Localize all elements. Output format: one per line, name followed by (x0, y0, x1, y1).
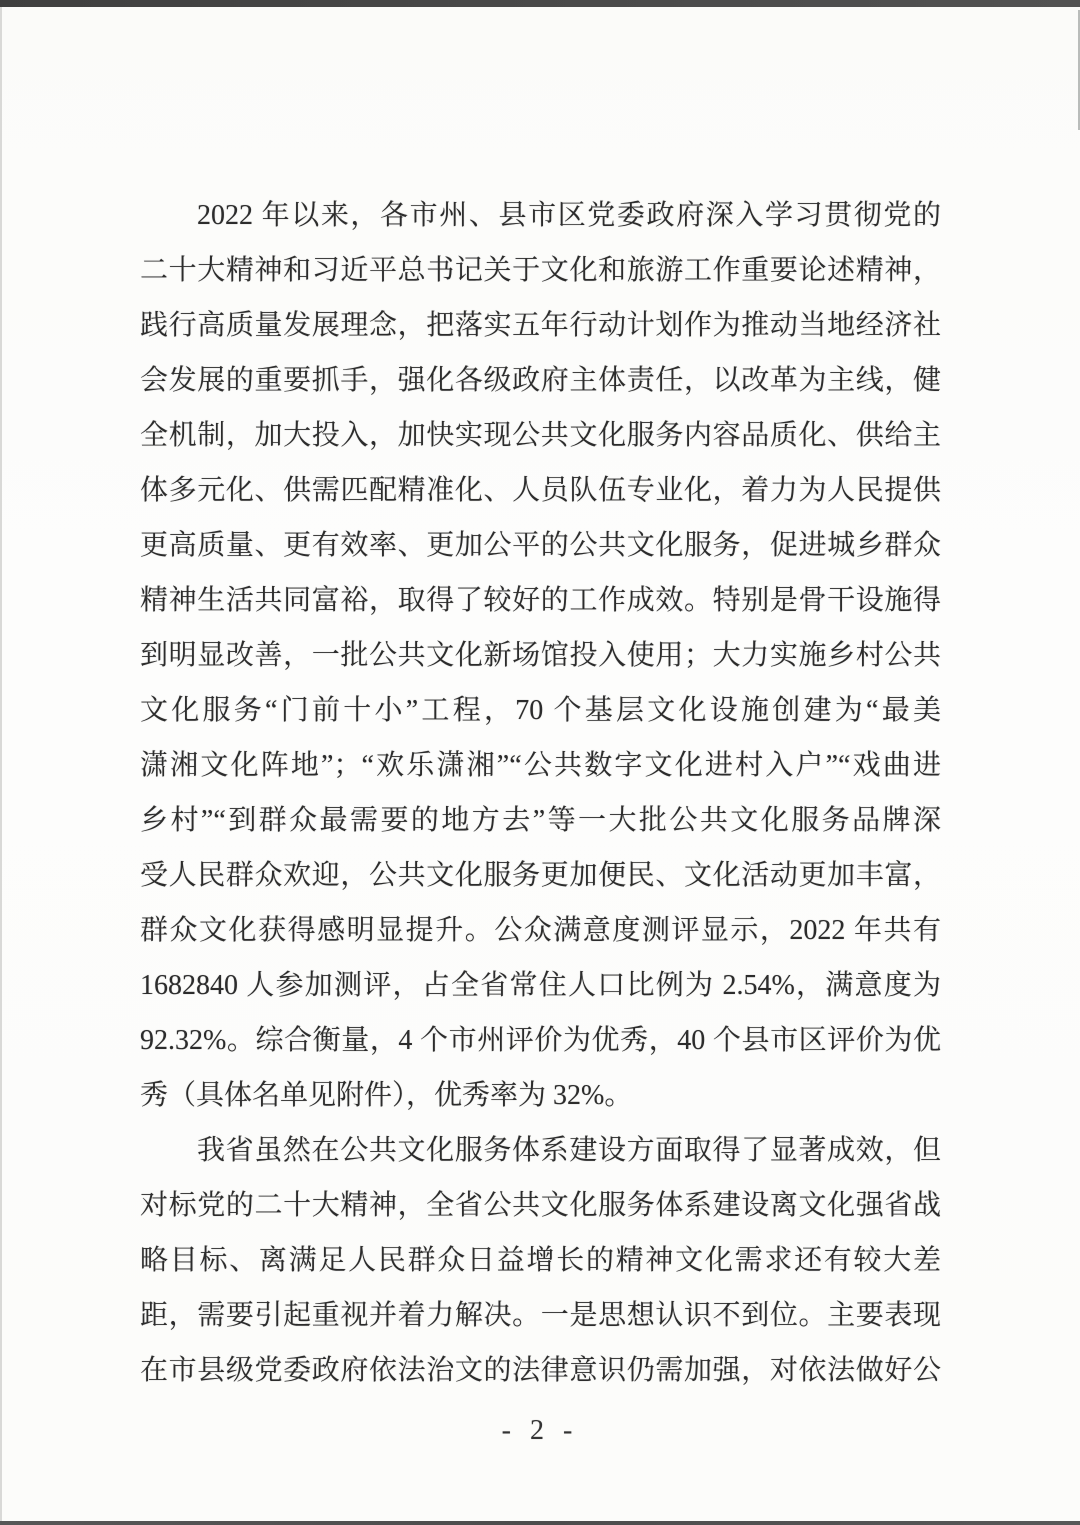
text-line: 潇湘文化阵地”；“欢乐潇湘”“公共数字文化进村入户”“戏曲进 (140, 738, 941, 793)
text-line: 精神生活共同富裕，取得了较好的工作成效。特别是骨干设施得 (140, 573, 941, 628)
text-line: 文化服务“门前十小”工程，70 个基层文化设施创建为“最美 (140, 683, 941, 738)
text-line: 我省虽然在公共文化服务体系建设方面取得了显著成效，但 (140, 1123, 941, 1178)
document-body: 2022 年以来，各市州、县市区党委政府深入学习贯彻党的 二十大精神和习近平总书… (140, 188, 941, 1398)
text-line: 群众文化获得感明显提升。公众满意度测评显示，2022 年共有 (140, 903, 941, 958)
text-line: 到明显改善，一批公共文化新场馆投入使用；大力实施乡村公共 (140, 628, 941, 683)
text-line: 略目标、离满足人民群众日益增长的精神文化需求还有较大差 (140, 1233, 941, 1288)
text-line: 2022 年以来，各市州、县市区党委政府深入学习贯彻党的 (140, 188, 941, 243)
text-line: 全机制，加大投入，加快实现公共文化服务内容品质化、供给主 (140, 408, 941, 463)
text-line: 受人民群众欢迎，公共文化服务更加便民、文化活动更加丰富， (140, 848, 941, 903)
page-number: - 2 - (502, 1408, 579, 1454)
scan-edge-bottom (0, 1521, 1080, 1525)
scan-edge-top (0, 0, 1080, 7)
text-line: 更高质量、更有效率、更加公平的公共文化服务，促进城乡群众 (140, 518, 941, 573)
text-line: 对标党的二十大精神，全省公共文化服务体系建设离文化强省战 (140, 1178, 941, 1233)
text-line: 二十大精神和习近平总书记关于文化和旅游工作重要论述精神， (140, 243, 941, 298)
text-line: 秀（具体名单见附件），优秀率为 32%。 (140, 1068, 941, 1123)
text-line: 体多元化、供需匹配精准化、人员队伍专业化，着力为人民提供 (140, 463, 941, 518)
text-line: 践行高质量发展理念，把落实五年行动计划作为推动当地经济社 (140, 298, 941, 353)
text-line: 在市县级党委政府依法治文的法律意识仍需加强，对依法做好公 (140, 1343, 941, 1398)
text-line: 距，需要引起重视并着力解决。一是思想认识不到位。主要表现 (140, 1288, 941, 1343)
text-line: 乡村”“到群众最需要的地方去”等一大批公共文化服务品牌深 (140, 793, 941, 848)
scan-edge-left (0, 7, 2, 1521)
text-line: 92.32%。综合衡量，4 个市州评价为优秀，40 个县市区评价为优 (140, 1013, 941, 1068)
page-footer: - 2 - (0, 1408, 1080, 1454)
scanned-document-page: 2022 年以来，各市州、县市区党委政府深入学习贯彻党的 二十大精神和习近平总书… (0, 0, 1080, 1525)
text-line: 会发展的重要抓手，强化各级政府主体责任，以改革为主线，健 (140, 353, 941, 408)
text-line: 1682840 人参加测评，占全省常住人口比例为 2.54%，满意度为 (140, 958, 941, 1013)
